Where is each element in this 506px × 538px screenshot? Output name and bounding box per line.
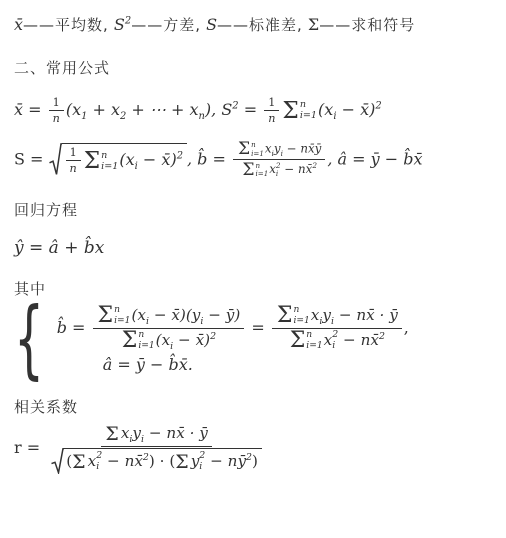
summation-symbol: Σni=1 — [98, 305, 131, 327]
numerator: 1 — [49, 96, 64, 111]
section-heading: 二、常用公式 — [14, 57, 500, 78]
upper-limit: n — [101, 150, 107, 161]
math-token: y — [132, 424, 141, 442]
mean-label: ——平均数, — [23, 16, 109, 34]
square-root: (Σx2i − nx̄2) · (Σy2i − nȳ2) — [51, 448, 262, 474]
subscript: i — [200, 316, 203, 327]
formula-stddev-bhat-ahat: S = 1nΣni=1(xi − x̄)2, b̂ = Σni=1xiyi − … — [14, 141, 500, 179]
radical-icon — [49, 143, 62, 176]
s-squared-symbol: S — [114, 15, 125, 34]
summation-limits: ni=1 — [114, 305, 130, 326]
summation-limits: ni=1 — [101, 150, 118, 172]
math-token: x — [269, 162, 276, 176]
math-token: − nȳ — [210, 452, 246, 470]
math-token: − x̄) — [342, 100, 376, 119]
summation-limits: ni=1 — [138, 330, 154, 351]
superscript: 2 — [232, 101, 238, 112]
summation-limits: ni=1 — [256, 162, 269, 178]
radical-icon — [51, 448, 64, 474]
subscript: 1 — [81, 111, 87, 122]
lower-limit: i=1 — [101, 161, 118, 172]
sigma-icon: Σ — [242, 162, 254, 179]
math-token: x — [265, 142, 272, 156]
lower-limit: i=1 — [293, 316, 309, 326]
summation-limits: ni=1 — [251, 141, 264, 157]
comma: , — [404, 318, 409, 337]
math-token: b̂ = — [57, 318, 86, 337]
sub-sup-stack: 2i — [199, 451, 205, 472]
math-token: + x — [93, 100, 121, 119]
denominator: Σni=1(xi − x̄)2 — [117, 329, 220, 352]
subscript: i — [281, 149, 283, 158]
lower-limit: i=1 — [114, 316, 130, 326]
formula-mean-variance: x̄ = 1n(x1 + x2 + ⋯ + xn), S2 = 1nΣni=1(… — [14, 96, 500, 125]
math-token: S = — [14, 149, 43, 168]
math-token: ), — [205, 100, 216, 119]
correlation-heading: 相关系数 — [14, 396, 500, 417]
numerator: Σni=1(xi − x̄)(yi − ȳ) — [93, 305, 245, 329]
where-label: 其中 — [14, 278, 500, 299]
superscript: 2 — [177, 151, 183, 162]
math-token: ) — [252, 452, 258, 470]
r-fraction: Σxiyi − nx̄ · ȳ(Σx2i − nx̄2) · (Σy2i − n… — [47, 423, 266, 474]
subscript: i — [135, 162, 138, 173]
sum-symbol-label: ——求和符号 — [319, 16, 415, 34]
math-token: − nx̄ — [107, 452, 143, 470]
summation-limits: ni=1 — [306, 330, 322, 351]
lower-limit: i=1 — [138, 341, 154, 351]
formula-sheet: x̄——平均数, S2——方差, S——标准差, Σ——求和符号 二、常用公式 … — [0, 0, 506, 474]
sigma-icon: Σ — [105, 423, 118, 445]
square-root: 1nΣni=1(xi − x̄)2 — [49, 143, 187, 176]
math-token: (x — [66, 100, 81, 119]
sigma-icon: Σ — [122, 330, 138, 352]
math-token: y — [191, 452, 200, 470]
math-token: (x — [156, 331, 171, 349]
math-token: − x̄)(y — [154, 306, 201, 324]
radicand: (Σx2i − nx̄2) · (Σy2i − nȳ2) — [64, 448, 262, 474]
numerator: 1 — [264, 96, 279, 111]
math-token: − ȳ) — [208, 306, 240, 324]
symbol-legend-line: x̄——平均数, S2——方差, S——标准差, Σ——求和符号 — [14, 14, 500, 35]
xbar-symbol: x̄ — [14, 15, 23, 34]
sigma-icon: Σ — [84, 149, 100, 172]
denominator: (Σx2i − nx̄2) · (Σy2i − nȳ2) — [47, 447, 266, 474]
math-token: − nx̄ — [343, 331, 379, 349]
system-rows: b̂ = Σni=1(xi − x̄)(yi − ȳ)Σni=1(xi − x̄… — [57, 305, 409, 374]
upper-limit: n — [293, 305, 299, 315]
equals-sign: = — [244, 100, 257, 119]
denominator: n — [49, 111, 64, 125]
correlation-formula: r = Σxiyi − nx̄ · ȳ(Σx2i − nx̄2) · (Σy2i… — [14, 423, 500, 474]
math-token: y — [322, 306, 331, 324]
bhat-fraction: Σni=1xiyi − nx̄ȳΣni=1x2i − nx̄2 — [233, 141, 325, 179]
bhat-computed-fraction: Σni=1xiyi − nx̄ · ȳΣni=1x2i − nx̄2 — [272, 305, 402, 352]
subscript: i — [199, 462, 202, 472]
lower-limit: i=1 — [251, 150, 264, 158]
regression-heading: 回归方程 — [14, 199, 500, 220]
math-token: − nx̄ · ȳ — [149, 424, 208, 442]
lower-limit: i=1 — [256, 170, 269, 178]
math-token: ) · ( — [149, 452, 175, 470]
equals-sign: = — [251, 318, 264, 337]
math-token: , â = ȳ − b̂x̄ — [327, 149, 422, 168]
math-token: x — [88, 452, 97, 470]
math-token: − x̄) — [143, 150, 177, 169]
stddev-label: ——标准差, — [217, 16, 303, 34]
superscript: 2 — [210, 331, 216, 342]
sigma-icon: Σ — [175, 451, 188, 473]
subscript: i — [332, 341, 335, 351]
math-token: − nx̄ȳ — [287, 142, 322, 156]
lower-limit: i=1 — [306, 341, 322, 351]
bhat-definition-fraction: Σni=1(xi − x̄)(yi − ȳ)Σni=1(xi − x̄)2 — [93, 305, 245, 352]
superscript: 2 — [375, 101, 381, 112]
upper-limit: n — [114, 305, 120, 315]
math-token: − nx̄ — [284, 162, 312, 176]
lower-limit: i=1 — [300, 110, 317, 121]
denominator: n — [264, 111, 279, 125]
sigma-icon: Σ — [98, 305, 114, 327]
sub-sup-stack: 2i — [96, 451, 102, 472]
superscript: 2 — [312, 161, 317, 170]
math-token: x — [324, 331, 333, 349]
summation-symbol: Σni=1 — [282, 99, 317, 122]
upper-limit: n — [138, 330, 144, 340]
subscript: i — [276, 170, 278, 178]
summation-limits: ni=1 — [293, 305, 309, 326]
subscript: i — [146, 316, 149, 327]
sigma-icon: Σ — [72, 451, 85, 473]
radicand: 1nΣni=1(xi − x̄)2 — [62, 143, 187, 176]
system-bhat-ahat: { b̂ = Σni=1(xi − x̄)(yi − ȳ)Σni=1(xi − … — [14, 303, 500, 376]
math-token: ŷ = â + b̂x — [14, 238, 104, 258]
subscript: 2 — [120, 111, 126, 122]
sigma-icon: Σ — [277, 305, 293, 327]
math-token: (x — [119, 150, 134, 169]
s-symbol: S — [206, 15, 217, 34]
denominator: n — [66, 161, 81, 175]
summation-symbol: Σni=1 — [122, 330, 155, 352]
summation-limits: ni=1 — [300, 99, 317, 121]
summation-symbol: Σni=1 — [242, 162, 268, 179]
fraction-one-over-n: 1n — [49, 96, 64, 125]
math-token: − x̄) — [178, 331, 210, 349]
subscript: i — [331, 316, 334, 327]
numerator: Σni=1xiyi − nx̄ · ȳ — [272, 305, 402, 329]
variance-label: ——方差, — [131, 16, 201, 34]
s-squared-symbol: S — [221, 100, 232, 119]
summation-symbol: Σni=1 — [238, 141, 264, 158]
subscript: i — [170, 341, 173, 352]
summation-symbol: Σni=1 — [290, 330, 323, 352]
regression-equation: ŷ = â + b̂x — [14, 238, 500, 258]
sigma-symbol: Σ — [308, 15, 319, 34]
sigma-icon: Σ — [238, 141, 250, 158]
upper-limit: n — [306, 330, 312, 340]
math-token: (x — [318, 100, 333, 119]
math-token: y — [274, 142, 281, 156]
subscript: i — [96, 462, 99, 472]
bhat-equation: b̂ = Σni=1(xi − x̄)(yi − ȳ)Σni=1(xi − x̄… — [57, 305, 409, 352]
ahat-equation: â = ȳ − b̂x̄. — [103, 355, 409, 374]
numerator: 1 — [66, 146, 81, 161]
summation-symbol: Σni=1 — [84, 149, 119, 172]
math-token: , b̂ = — [187, 149, 226, 168]
upper-limit: n — [300, 99, 306, 110]
subscript: i — [141, 434, 144, 445]
denominator: Σni=1x2i − nx̄2 — [285, 329, 389, 352]
fraction-one-over-n: 1n — [66, 146, 81, 175]
math-token: − nx̄ · ȳ — [339, 306, 398, 324]
math-token: â = ȳ − b̂x̄. — [103, 355, 193, 374]
math-token: (x — [131, 306, 146, 324]
superscript: 2 — [379, 331, 385, 342]
sub-sup-stack: 2i — [332, 330, 338, 351]
math-token: x̄ = — [14, 100, 42, 119]
math-token: + ⋯ + x — [131, 100, 198, 119]
sigma-icon: Σ — [282, 99, 298, 122]
fraction-one-over-n: 1n — [264, 96, 279, 125]
sub-sup-stack: 2i — [276, 162, 281, 178]
math-token: r = — [14, 438, 40, 457]
sigma-icon: Σ — [290, 330, 306, 352]
numerator: Σxiyi − nx̄ · ȳ — [101, 423, 211, 447]
left-brace: { — [14, 303, 44, 376]
denominator: Σni=1x2i − nx̄2 — [237, 160, 321, 179]
subscript: i — [333, 111, 336, 122]
summation-symbol: Σni=1 — [277, 305, 310, 327]
numerator: Σni=1xiyi − nx̄ȳ — [233, 141, 325, 160]
